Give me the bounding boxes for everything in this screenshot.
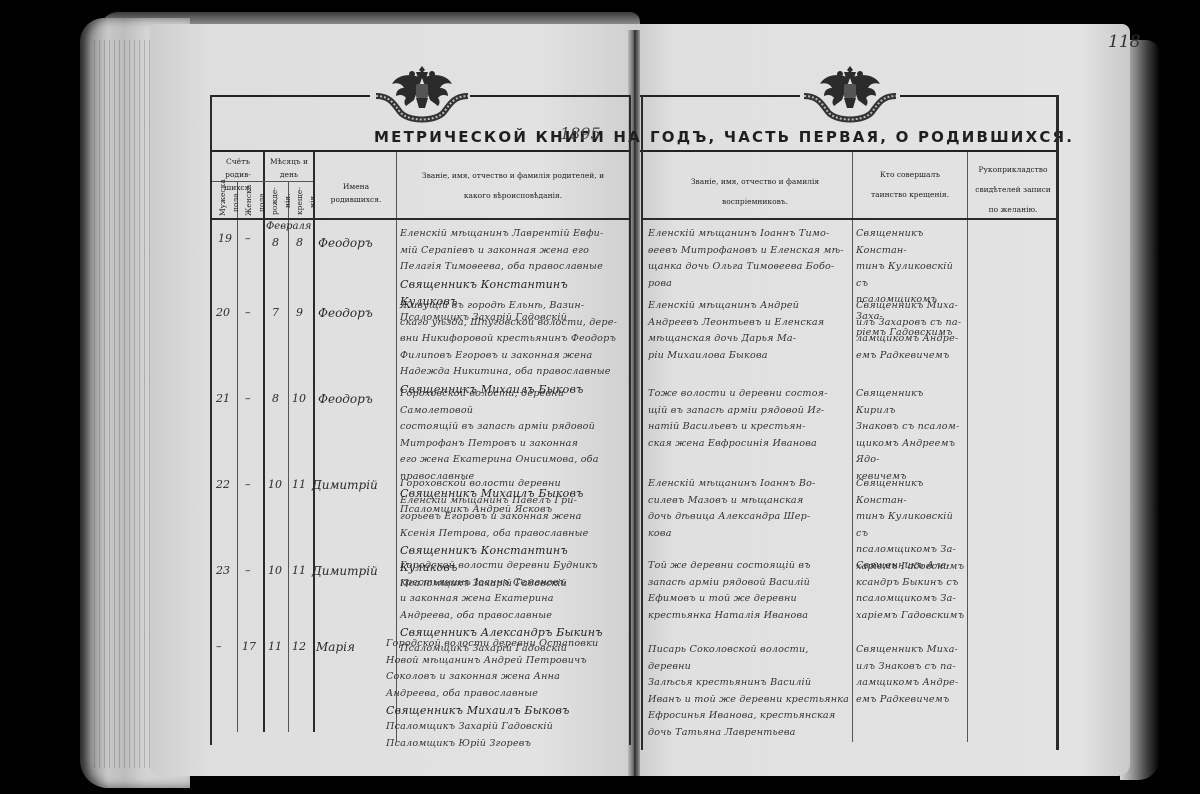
entry-female-count: –	[245, 306, 251, 319]
text-line: ксандръ Быкинъ съ	[856, 575, 966, 592]
title-right: ГОДЪ, ЧАСТЬ ПЕРВАЯ, О РОДИВШИХСЯ.	[650, 128, 1074, 146]
text-line: Андреева, оба православные	[386, 686, 628, 703]
text-line: скаго уѣзда, Шпуговской волости, дере-	[400, 315, 628, 332]
entry-female-count: –	[245, 564, 251, 577]
entry-male-count: 22	[216, 478, 230, 491]
text-line: Залѣсья крестьянинъ Василій	[648, 675, 852, 692]
text-line: Иванъ и той же деревни крестьянка	[648, 692, 852, 709]
text-line: ская жена Евфросинія Иванова	[648, 436, 852, 453]
entry-performed-by: Священникъ Але- ксандръ Быкинъ съ псалом…	[856, 558, 966, 624]
text-line: ламщикомъ Андре-	[856, 675, 966, 692]
page-number: 118	[1108, 32, 1140, 52]
header-witnesses: Рукоприкладство свидѣтелей записи по жел…	[972, 160, 1054, 220]
entry-baptism-day: 12	[292, 640, 306, 653]
text-line: крестьянинъ Іоаннъ Семеновъ	[400, 575, 628, 592]
entry-parents: Городской волости деревни Остаповки Ново…	[386, 636, 628, 752]
imperial-eagle-emblem-icon	[372, 62, 472, 128]
entry-performed-by: Священникъ Миха- илъ Знаковъ съ па- ламщ…	[856, 642, 966, 708]
col-line	[967, 152, 968, 742]
entry-male-count: 19	[218, 232, 232, 245]
entry-baptism-day: 8	[296, 236, 303, 249]
entry-female-count: –	[245, 392, 251, 405]
text-line: Соколовъ и законная жена Анна	[386, 669, 628, 686]
entry-godparents: Тоже волости и деревни состоя- щій въ за…	[648, 386, 852, 452]
text-line: Ефимовъ и той же деревни	[648, 591, 852, 608]
text-line: щикомъ Андреемъ Ядо-	[856, 436, 966, 469]
text-line: ламщикомъ Андре-	[856, 331, 966, 348]
entry-month: Февраля	[266, 221, 311, 232]
text-line: крестьянка Наталія Иванова	[648, 608, 852, 625]
text-line: Митрофанъ Петровъ и законная	[400, 436, 628, 453]
text-line: вни Никифоровой крестьянинъ Феодоръ	[400, 331, 628, 348]
entry-baptism-day: 11	[292, 564, 306, 577]
header-names: Имена родившихся.	[318, 180, 394, 206]
entry-child-name: Димитрій	[312, 564, 378, 578]
text-line: Еленскій мѣщанинъ Іоаннъ Во-	[648, 476, 852, 493]
entry-godparents: Писарь Соколовской волости, деревни Залѣ…	[648, 642, 852, 741]
header-count-male: Мужеска пола.	[216, 186, 234, 216]
entry-male-count: –	[216, 640, 222, 653]
text-line: Священникъ Миха-	[856, 642, 966, 659]
entry-birth-day: 8	[272, 392, 279, 405]
text-line: натій Васильевъ и крестьян-	[648, 419, 852, 436]
text-line: Еленскій мѣщанинъ Андрей	[648, 298, 852, 315]
text-line: щанка дочь Ольга Тимоѳеева Бобо-	[648, 259, 852, 276]
text-line: мѣщанская дочь Дарья Ма-	[648, 331, 852, 348]
text-line: Священникъ Констан-	[856, 476, 966, 509]
text-line: Псаломщикъ Захарій Гадовскій	[386, 719, 628, 736]
text-line: псаломщикомъ За-	[856, 542, 966, 559]
entry-birth-day: 7	[272, 306, 279, 319]
entry-birth-day: 10	[268, 564, 282, 577]
text-line: мій Серапіевъ и законная жена его	[400, 243, 628, 260]
text-line: Еленскій мѣщанинъ Лаврентій Евфи-	[400, 226, 628, 243]
text-line: Гороховской волости деревни	[400, 476, 628, 493]
header-count-female: Женска пола.	[242, 186, 260, 216]
text-line: Городской волости деревни Остаповки	[386, 636, 628, 653]
entry-female-count: 17	[242, 640, 256, 653]
text-line: щій въ запасѣ арміи рядовой Иг-	[648, 403, 852, 420]
text-line: Той же деревни состоящій въ	[648, 558, 852, 575]
col-line	[288, 182, 289, 732]
header-baptism: креще-нія.	[293, 186, 311, 216]
text-line: Живущій въ городѣ Ельнѣ, Вазин-	[400, 298, 628, 315]
col-line	[852, 152, 853, 742]
col-line	[313, 152, 315, 732]
text-line: Священникъ Миха-	[856, 298, 966, 315]
title-bottom-rule-left	[210, 150, 630, 152]
imperial-eagle-emblem-icon	[800, 62, 900, 128]
text-line: ѳеевъ Митрофановъ и Еленская мѣ-	[648, 243, 852, 260]
text-line: кова	[648, 526, 852, 543]
text-line: Пелагія Тимоѳеева, оба православные	[400, 259, 628, 276]
entry-baptism-day: 11	[292, 478, 306, 491]
entry-child-name: Феодоръ	[318, 236, 373, 250]
left-table-border	[210, 95, 212, 745]
frame-top-rule-left-2	[470, 95, 630, 97]
frame-top-rule-right-2	[900, 95, 1058, 97]
col-line	[237, 182, 238, 732]
text-line: Надежда Никитина, оба православные	[400, 364, 628, 381]
text-line: Еленскій мѣщанинъ Іоаннъ Тимо-	[648, 226, 852, 243]
text-line: псаломщикомъ За-	[856, 591, 966, 608]
text-line: его жена Екатерина Онисимова, оба	[400, 452, 628, 469]
entry-godparents: Еленскій мѣщанинъ Іоаннъ Во- силевъ Мазо…	[648, 476, 852, 542]
entry-godparents: Той же деревни состоящій въ запасѣ арміи…	[648, 558, 852, 624]
hdr-bottom-line	[212, 218, 629, 220]
entry-child-name: Марія	[316, 640, 355, 654]
text-line: илъ Захаровъ съ па-	[856, 315, 966, 332]
text-line: рова	[648, 276, 852, 293]
text-line: Новой мѣщанинъ Андрей Петровичъ	[386, 653, 628, 670]
right-table-border-right	[1056, 95, 1059, 750]
text-line: харіемъ Гадовскимъ	[856, 608, 966, 625]
entry-female-count: –	[245, 232, 251, 245]
title-left: МЕТРИЧЕСКОЙ КНИГИ НА	[374, 128, 642, 146]
entry-child-name: Феодоръ	[318, 392, 373, 406]
entry-female-count: –	[245, 478, 251, 491]
text-line: дочь дѣвица Александра Шер-	[648, 509, 852, 526]
text-line: дочь Татьяна Лаврентьева	[648, 725, 852, 742]
text-line: Андреева, оба православные	[400, 608, 628, 625]
header-parents: Званіе, имя, отчество и фамилія родителе…	[408, 166, 618, 206]
entry-birth-day: 11	[268, 640, 282, 653]
text-line: тинъ Куликовскій съ	[856, 509, 966, 542]
title-year: 1895	[560, 124, 601, 143]
entry-godparents: Еленскій мѣщанинъ Іоаннъ Тимо- ѳеевъ Мит…	[648, 226, 852, 292]
header-birth: рожде-нія.	[268, 186, 286, 216]
text-line: и законная жена Екатерина	[400, 591, 628, 608]
text-line: силевъ Мазовъ и мѣщанская	[648, 493, 852, 510]
text-line: Гороховской волости, деревни Самолетовой	[400, 386, 628, 419]
text-line: емъ Радкевичемъ	[856, 348, 966, 365]
text-line: Городской волости деревни Будникъ	[400, 558, 628, 575]
text-line: Писарь Соколовской волости, деревни	[648, 642, 852, 675]
right-table-border-left	[641, 95, 643, 750]
title-bottom-rule-right	[640, 150, 1058, 152]
text-line: Знаковъ съ псалом-	[856, 419, 966, 436]
entry-baptism-day: 10	[292, 392, 306, 405]
entry-parents: Живущій въ городѣ Ельнѣ, Вазин- скаго уѣ…	[400, 298, 628, 398]
left-table-border-right	[629, 95, 631, 745]
entry-child-name: Феодоръ	[318, 306, 373, 320]
entry-male-count: 21	[216, 392, 230, 405]
frame-top-rule-left	[210, 95, 370, 97]
entry-birth-day: 8	[272, 236, 279, 249]
text-line: емъ Радкевичемъ	[856, 692, 966, 709]
header-godparents: Званіе, имя, отчество и фамилія воспріем…	[680, 172, 830, 212]
text-line: горьевъ Егоровъ и законная жена	[400, 509, 628, 526]
entry-godparents: Еленскій мѣщанинъ Андрей Андреевъ Леонть…	[648, 298, 852, 364]
text-line: состоящій въ запасѣ арміи рядовой	[400, 419, 628, 436]
entry-birth-day: 10	[268, 478, 282, 491]
entry-child-name: Димитрій	[312, 478, 378, 492]
text-line: Псаломщикъ Юрій Згоревъ	[386, 736, 628, 753]
text-line: Священникъ Кирилъ	[856, 386, 966, 419]
text-line: Священникъ Але-	[856, 558, 966, 575]
text-line: ріи Михаилова Быкова	[648, 348, 852, 365]
entry-performed-by: Священникъ Кирилъ Знаковъ съ псалом- щик…	[856, 386, 966, 485]
text-line: тинъ Куликовскій съ	[856, 259, 966, 292]
text-line: Еленскій мѣщанинъ Павелъ Гри-	[400, 493, 628, 510]
entry-performed-by: Священникъ Миха- илъ Захаровъ съ па- лам…	[856, 298, 966, 364]
text-line: Филиповъ Егоровъ и законная жена	[400, 348, 628, 365]
entry-male-count: 20	[216, 306, 230, 319]
col-line	[263, 152, 265, 732]
text-line: Священникъ Констан-	[856, 226, 966, 259]
text-line: Ксенія Петрова, оба православные	[400, 526, 628, 543]
text-line: Ефросинья Иванова, крестьянская	[648, 708, 852, 725]
text-line: Тоже волости и деревни состоя-	[648, 386, 852, 403]
header-performed-by: Кто совершалъ таинство крещенія.	[862, 165, 958, 205]
text-line: Андреевъ Леонтьевъ и Еленская	[648, 315, 852, 332]
frame-top-rule-right	[640, 95, 800, 97]
text-line: илъ Знаковъ съ па-	[856, 659, 966, 676]
header-month-group: Мѣсяцъ и день	[266, 155, 312, 181]
signature-line: Священникъ Михаилъ Быковъ	[386, 702, 628, 719]
entry-male-count: 23	[216, 564, 230, 577]
text-line: запасѣ арміи рядовой Василій	[648, 575, 852, 592]
entry-baptism-day: 9	[296, 306, 303, 319]
